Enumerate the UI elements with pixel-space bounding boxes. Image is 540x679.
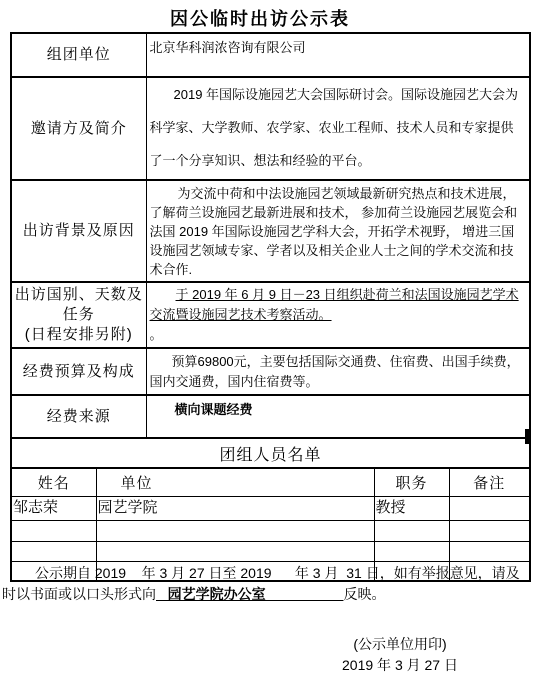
field-label-countries-days-tasks: 出访国别、天数及 任务 (日程安排另附)	[11, 282, 146, 348]
row-inviter-intro: 邀请方及简介 2019 年国际设施园艺大会国际研讨会。国际设施园艺大会为科学家、…	[11, 77, 530, 180]
cell-unit	[96, 520, 374, 541]
cell-note	[449, 496, 530, 520]
field-value-funding-source: 横向课题经费	[146, 395, 530, 438]
row-budget: 经费预算及构成 预算69800元，主要包括国际交通费、住宿费、出国手续费，国内交…	[11, 348, 530, 395]
notice-suffix: 反映。	[343, 586, 385, 602]
field-label-funding-source: 经费来源	[11, 395, 146, 438]
cell-name	[11, 520, 96, 541]
cell-note	[449, 520, 530, 541]
field-label-group-unit: 组团单位	[11, 33, 146, 77]
text-cursor	[525, 429, 531, 444]
personnel-row	[11, 541, 530, 561]
cell-unit	[96, 541, 374, 561]
field-value-budget: 预算69800元，主要包括国际交通费、住宿费、出国手续费，国内交通费，国内住宿费…	[146, 348, 530, 395]
footer-date: 2019 年 3 月 27 日	[280, 655, 520, 676]
personnel-section-row: 团组人员名单	[11, 438, 530, 468]
cell-note	[449, 541, 530, 561]
notice-paragraph: 公示期自 2019 年 3 月 27 日至 2019 年 3 月 31 日，如有…	[2, 563, 524, 605]
field-label-background-reason: 出访背景及原因	[11, 180, 146, 282]
personnel-row: 邹志荣 园艺学院 教授	[11, 496, 530, 520]
field-value-countries-days-tasks: 于 2019 年 6 月 9 日－23 日组织赴荷兰和法国设施园艺学术交流暨设施…	[146, 282, 530, 348]
field-value-group-unit: 北京华科润浓咨询有限公司	[146, 33, 530, 77]
doc-title: 因公临时出访公示表	[0, 5, 520, 31]
cell-unit: 园艺学院	[96, 496, 374, 520]
trip-text-tail: 。	[150, 325, 527, 345]
field-label-budget: 经费预算及构成	[11, 348, 146, 395]
personnel-section-title: 团组人员名单	[11, 438, 530, 468]
personnel-header-row: 姓名 单位 职务 备注	[11, 468, 530, 496]
row-countries-days-tasks: 出访国别、天数及 任务 (日程安排另附) 于 2019 年 6 月 9 日－23…	[11, 282, 530, 348]
row-background-reason: 出访背景及原因 为交流中荷和中法设施园艺领域最新研究热点和技术进展，了解荷兰设施…	[11, 180, 530, 282]
field-value-inviter-intro: 2019 年国际设施园艺大会国际研讨会。国际设施园艺大会为科学家、大学教师、农学…	[146, 77, 530, 180]
row-funding-source: 经费来源 横向课题经费	[11, 395, 530, 438]
col-header-title: 职务	[374, 468, 449, 496]
cell-name: 邹志荣	[11, 496, 96, 520]
footer: (公示单位用印) 2019 年 3 月 27 日	[280, 634, 520, 676]
field-value-background-reason: 为交流中荷和中法设施园艺领域最新研究热点和技术进展，了解荷兰设施园艺最新进展和技…	[146, 180, 530, 282]
personnel-row	[11, 520, 530, 541]
row-group-unit: 组团单位 北京华科润浓咨询有限公司	[11, 33, 530, 77]
col-header-unit: 单位	[96, 468, 374, 496]
field-label-inviter-intro: 邀请方及简介	[11, 77, 146, 180]
col-header-name: 姓名	[11, 468, 96, 496]
col-header-note: 备注	[449, 468, 530, 496]
cell-title: 教授	[374, 496, 449, 520]
notice-office-underline: 园艺学院办公室	[156, 586, 343, 602]
cell-name	[11, 541, 96, 561]
info-table: 组团单位 北京华科润浓咨询有限公司 邀请方及简介 2019 年国际设施园艺大会国…	[10, 32, 531, 582]
footer-seal: (公示单位用印)	[280, 634, 520, 655]
cell-title	[374, 520, 449, 541]
underlined-trip-text: 于 2019 年 6 月 9 日－23 日组织赴荷兰和法国设施园艺学术交流暨设施…	[150, 287, 519, 322]
cell-title	[374, 541, 449, 561]
